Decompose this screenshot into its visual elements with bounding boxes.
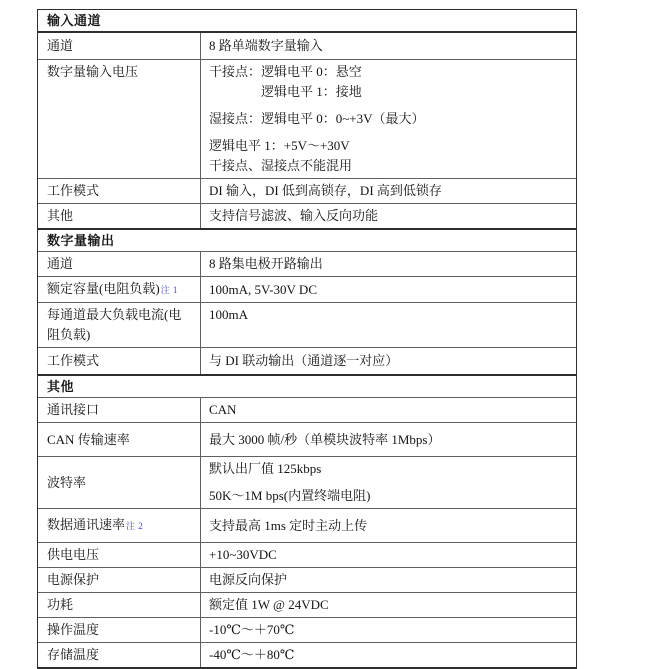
spec-row: CAN 传输速率最大 3000 帧/秒（单模块波特率 1Mbps） — [38, 422, 576, 456]
row-label: 额定容量(电阻负载) — [47, 281, 160, 296]
row-value-cell: -40℃～＋80℃ — [201, 643, 576, 667]
spec-row: 数据通讯速率注 2支持最高 1ms 定时主动上传 — [38, 508, 576, 542]
spec-row: 电源保护电源反向保护 — [38, 567, 576, 592]
spec-row: 通讯接口CAN — [38, 397, 576, 422]
row-label: CAN 传输速率 — [47, 432, 130, 447]
row-value-cell: 电源反向保护 — [201, 568, 576, 592]
note-superscript: 注 2 — [126, 521, 143, 531]
spec-row: 通道8 路集电极开路输出 — [38, 251, 576, 276]
row-label-line: 数字量输入电压 — [47, 62, 194, 82]
spec-section: 其他通讯接口CANCAN 传输速率最大 3000 帧/秒（单模块波特率 1Mbp… — [38, 374, 576, 667]
row-label-line: 通道 — [47, 36, 194, 56]
row-label: 通道 — [47, 38, 73, 53]
value-line: 干接点：逻辑电平 0：悬空 — [209, 62, 568, 82]
row-value-cell: 额定值 1W @ 24VDC — [201, 593, 576, 617]
row-value-cell: CAN — [201, 398, 576, 422]
row-label-cell: 操作温度 — [38, 618, 201, 642]
row-value-cell: 支持信号滤波、输入反向功能 — [201, 204, 576, 228]
row-label: 供电电压 — [47, 547, 99, 562]
row-label-cell: 通道 — [38, 33, 201, 59]
value-line: 支持信号滤波、输入反向功能 — [209, 206, 568, 226]
row-label-line: 工作模式 — [47, 351, 194, 371]
row-label-line: 额定容量(电阻负载)注 1 — [47, 279, 194, 300]
row-label: 波特率 — [47, 475, 86, 490]
section-title: 数字量输出 — [38, 230, 576, 251]
row-value-cell: 干接点：逻辑电平 0：悬空逻辑电平 1：接地湿接点：逻辑电平 0：0~+3V（最… — [201, 60, 576, 178]
value-line: +10~30VDC — [209, 545, 568, 565]
row-label-cell: 功耗 — [38, 593, 201, 617]
row-label: 电源保护 — [47, 572, 99, 587]
row-value-cell: 8 路集电极开路输出 — [201, 252, 576, 276]
row-value-cell: 支持最高 1ms 定时主动上传 — [201, 509, 576, 542]
row-value-cell: 100mA, 5V-30V DC — [201, 277, 576, 302]
value-line: 8 路单端数字量输入 — [209, 36, 568, 56]
spec-row: 波特率默认出厂值 125kbps50K～1M bps(内置终端电阻) — [38, 456, 576, 508]
row-label: 其他 — [47, 208, 73, 223]
row-label-line: 工作模式 — [47, 181, 194, 201]
spec-table: 输入通道通道8 路单端数字量输入数字量输入电压干接点：逻辑电平 0：悬空逻辑电平… — [37, 9, 577, 669]
row-label-line: 电源保护 — [47, 570, 194, 590]
row-value-cell: -10℃～＋70℃ — [201, 618, 576, 642]
spec-row: 功耗额定值 1W @ 24VDC — [38, 592, 576, 617]
value-line: 8 路集电极开路输出 — [209, 254, 568, 274]
spec-row: 工作模式与 DI 联动输出（通道逐一对应） — [38, 347, 576, 374]
row-value-cell: 100mA — [201, 303, 576, 347]
value-line: 100mA — [209, 305, 568, 325]
row-label-line: 数据通讯速率注 2 — [47, 515, 194, 536]
row-value-cell: DI 输入，DI 低到高锁存，DI 高到低锁存 — [201, 179, 576, 203]
row-label: 工作模式 — [47, 353, 99, 368]
spec-row: 额定容量(电阻负载)注 1100mA, 5V-30V DC — [38, 276, 576, 302]
row-value-cell: 默认出厂值 125kbps50K～1M bps(内置终端电阻) — [201, 457, 576, 508]
row-label-cell: 其他 — [38, 204, 201, 228]
row-label-line: CAN 传输速率 — [47, 430, 194, 450]
row-label-cell: 电源保护 — [38, 568, 201, 592]
spec-row: 存储温度-40℃～＋80℃ — [38, 642, 576, 667]
row-label-line: 供电电压 — [47, 545, 194, 565]
row-label-line: 其他 — [47, 206, 194, 226]
row-label-cell: CAN 传输速率 — [38, 423, 201, 456]
row-label-line: 操作温度 — [47, 620, 194, 640]
row-label: 通道 — [47, 256, 73, 271]
spec-row: 操作温度-10℃～＋70℃ — [38, 617, 576, 642]
spec-row: 通道8 路单端数字量输入 — [38, 33, 576, 59]
row-label-line: 功耗 — [47, 595, 194, 615]
row-label-cell: 数据通讯速率注 2 — [38, 509, 201, 542]
value-line: DI 输入，DI 低到高锁存，DI 高到低锁存 — [209, 181, 568, 201]
row-label-cell: 通讯接口 — [38, 398, 201, 422]
row-label: 操作温度 — [47, 622, 99, 637]
row-value-cell: 与 DI 联动输出（通道逐一对应） — [201, 348, 576, 374]
spec-row: 工作模式DI 输入，DI 低到高锁存，DI 高到低锁存 — [38, 178, 576, 203]
row-label: 通讯接口 — [47, 402, 99, 417]
value-line: 干接点、湿接点不能混用 — [209, 156, 568, 176]
row-label-cell: 波特率 — [38, 457, 201, 508]
row-label-line: 波特率 — [47, 473, 194, 493]
row-label: 每通道最大负载电流(电阻负载) — [47, 307, 181, 342]
spec-section: 输入通道通道8 路单端数字量输入数字量输入电压干接点：逻辑电平 0：悬空逻辑电平… — [38, 10, 576, 228]
value-line: 湿接点：逻辑电平 0：0~+3V（最大） — [209, 109, 568, 129]
row-label-line: 存储温度 — [47, 645, 194, 665]
row-label-cell: 通道 — [38, 252, 201, 276]
value-line: 默认出厂值 125kbps — [209, 459, 568, 479]
row-label-cell: 数字量输入电压 — [38, 60, 201, 178]
row-label: 功耗 — [47, 597, 73, 612]
value-line: -10℃～＋70℃ — [209, 620, 568, 640]
spec-row: 其他支持信号滤波、输入反向功能 — [38, 203, 576, 228]
row-label: 数字量输入电压 — [47, 64, 138, 79]
row-label-line: 每通道最大负载电流(电阻负载) — [47, 305, 194, 345]
value-line: 额定值 1W @ 24VDC — [209, 595, 568, 615]
value-line: 50K～1M bps(内置终端电阻) — [209, 486, 568, 506]
note-superscript: 注 1 — [161, 285, 178, 295]
row-label-cell: 额定容量(电阻负载)注 1 — [38, 277, 201, 302]
row-value-cell: 8 路单端数字量输入 — [201, 33, 576, 59]
value-line: 与 DI 联动输出（通道逐一对应） — [209, 351, 568, 371]
value-line: 电源反向保护 — [209, 570, 568, 590]
value-line: 100mA, 5V-30V DC — [209, 280, 568, 300]
value-line: 最大 3000 帧/秒（单模块波特率 1Mbps） — [209, 430, 568, 450]
row-label-line: 通讯接口 — [47, 400, 194, 420]
row-label-cell: 每通道最大负载电流(电阻负载) — [38, 303, 201, 347]
value-line: 逻辑电平 1：+5V～+30V — [209, 136, 568, 156]
row-label-cell: 工作模式 — [38, 348, 201, 374]
row-label-cell: 存储温度 — [38, 643, 201, 667]
row-value-cell: 最大 3000 帧/秒（单模块波特率 1Mbps） — [201, 423, 576, 456]
value-line: 支持最高 1ms 定时主动上传 — [209, 516, 568, 536]
row-label: 工作模式 — [47, 183, 99, 198]
spec-section: 数字量输出通道8 路集电极开路输出额定容量(电阻负载)注 1100mA, 5V-… — [38, 228, 576, 374]
value-line: CAN — [209, 400, 568, 420]
spec-row: 供电电压+10~30VDC — [38, 542, 576, 567]
value-line: -40℃～＋80℃ — [209, 645, 568, 665]
spec-row: 每通道最大负载电流(电阻负载)100mA — [38, 302, 576, 347]
row-label: 存储温度 — [47, 647, 99, 662]
spec-row: 数字量输入电压干接点：逻辑电平 0：悬空逻辑电平 1：接地湿接点：逻辑电平 0：… — [38, 59, 576, 178]
section-title: 其他 — [38, 376, 576, 397]
row-value-cell: +10~30VDC — [201, 543, 576, 567]
row-label-cell: 供电电压 — [38, 543, 201, 567]
row-label-line: 通道 — [47, 254, 194, 274]
row-label: 数据通讯速率 — [47, 517, 125, 532]
row-label-cell: 工作模式 — [38, 179, 201, 203]
value-line: 逻辑电平 1：接地 — [209, 82, 568, 102]
section-title: 输入通道 — [38, 10, 576, 33]
